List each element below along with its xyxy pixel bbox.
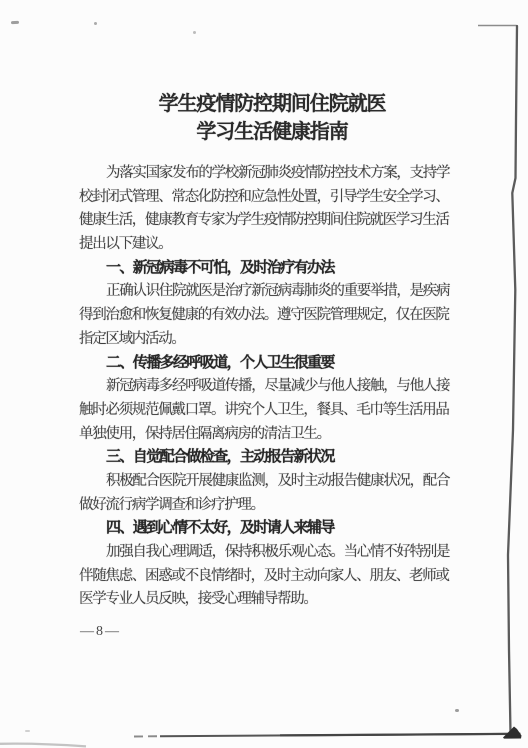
text-line: 提出以下建议。	[79, 233, 451, 257]
text-line: 正确认识住院就医是治疗新冠病毒肺炎的重要举措，是疾病	[79, 280, 451, 304]
scan-speck	[25, 730, 30, 732]
section-heading: 一、新冠病毒不可怕，及时治疗有办法	[79, 257, 451, 281]
document-title-line-1: 学生疫情防控期间住院就医	[16, 91, 528, 119]
scan-edge-line-bottom-dark	[280, 734, 520, 736]
scan-speck	[11, 21, 19, 25]
section-heading: 二、传播多经呼吸道，个人卫生很重要	[79, 352, 451, 376]
scanned-document-page: 学生疫情防控期间住院就医 学习生活健康指南 为落实国家发布的学校新冠肺炎疫情防控…	[0, 0, 528, 748]
page-number: —8—	[80, 624, 121, 640]
scan-speck	[193, 31, 196, 34]
scan-speck	[455, 709, 459, 712]
text-line: 加强自我心理调适，保持积极乐观心态。当心情不好特别是	[79, 541, 451, 565]
text-line: 得到治愈和恢复健康的有效办法。遵守医院管理规定，仅在医院	[79, 304, 451, 328]
scan-speck	[94, 22, 97, 25]
text-line: 健康生活，健康教育专家为学生疫情防控期间住院就医学习生活	[79, 209, 451, 233]
section-heading: 四、遇到心情不太好，及时请人来辅导	[79, 517, 451, 541]
document-title-line-2: 学习生活健康指南	[16, 119, 528, 147]
text-line: 积极配合医院开展健康监测，及时主动报告健康状况，配合	[79, 470, 451, 494]
document-lines: 为落实国家发布的学校新冠肺炎疫情防控技术方案，支持学校封闭式管理、常态化防控和应…	[79, 162, 451, 612]
section-heading: 三、自觉配合做检查，主动报告新状况	[79, 446, 451, 470]
text-line: 伴随焦虑、困惑或不良情绪时，及时主动向家人、朋友、老师或	[79, 565, 451, 589]
text-line: 新冠病毒多经呼吸道传播，尽量减少与他人接触，与他人接	[79, 375, 451, 399]
text-line: 单独使用，保持居住隔离病房的清洁卫生。	[79, 423, 451, 447]
scan-edge-bottom-left	[0, 744, 86, 747]
text-line: 做好流行病学调查和诊疗护理。	[79, 494, 451, 518]
scan-edge-line-bottom	[160, 734, 521, 736]
document-title: 学生疫情防控期间住院就医 学习生活健康指南	[0, 91, 528, 146]
text-line: 校封闭式管理、常态化防控和应急性处置，引导学生安全学习、	[79, 186, 451, 210]
text-line: 医学专业人员反映，接受心理辅导帮助。	[79, 588, 451, 612]
text-line: 触时必须规范佩戴口罩。讲究个人卫生，餐具、毛巾等生活用品	[79, 399, 451, 423]
scan-corner-mark	[503, 727, 522, 739]
text-line: 为落实国家发布的学校新冠肺炎疫情防控技术方案，支持学	[79, 162, 451, 186]
text-line: 指定区域内活动。	[79, 328, 451, 352]
